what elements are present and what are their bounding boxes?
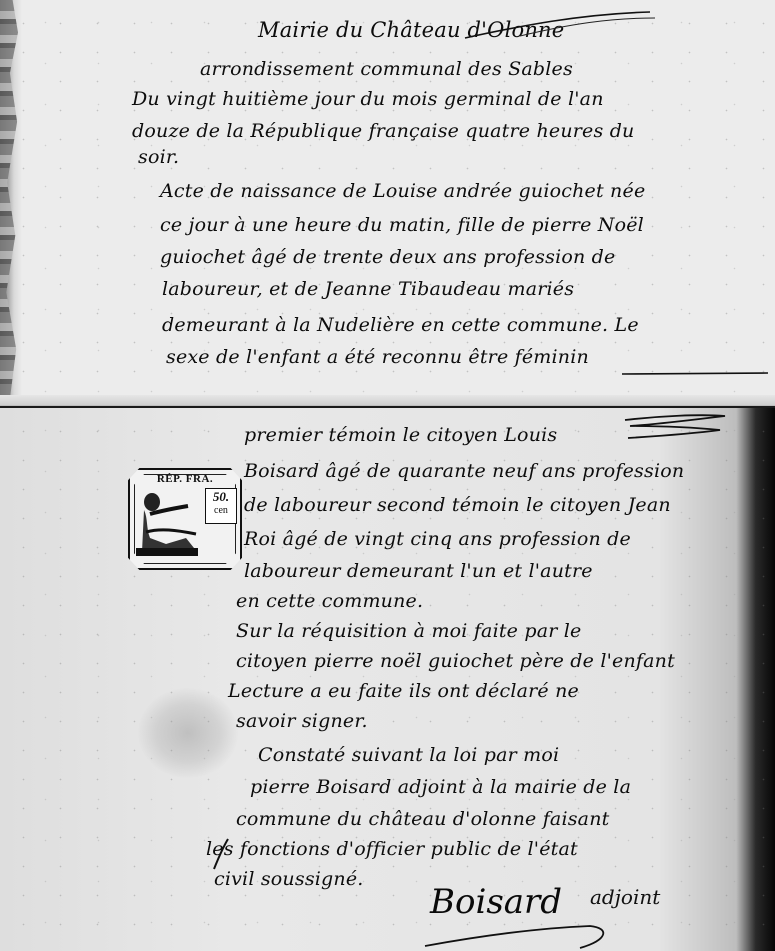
text-line-3: soir. <box>138 146 179 168</box>
text-line-14: laboureur demeurant l'un et l'autre <box>244 560 593 582</box>
pen-stroke <box>200 835 240 875</box>
text-line-12: de laboureur second témoin le citoyen Je… <box>244 494 671 516</box>
text-line-8: demeurant à la Nudelière en cette commun… <box>162 314 639 336</box>
line-end-stroke <box>620 368 770 380</box>
register-page-bottom: premier témoin le citoyen Louis Boisard … <box>0 408 775 951</box>
text-line-1: Du vingt huitième jour du mois germinal … <box>132 88 604 110</box>
text-line-9: sexe de l'enfant a été reconnu être fémi… <box>166 346 589 368</box>
text-line-22: commune du château d'olonne faisant <box>236 808 609 830</box>
text-line-13: Roi âgé de vingt cinq ans profession de <box>244 528 631 550</box>
stamp-value-box: 50. cen <box>205 488 237 524</box>
faded-seal <box>138 688 238 778</box>
revenue-stamp: RÉP. FRA. 50. cen <box>128 468 242 570</box>
text-line-5: ce jour à une heure du matin, fille de p… <box>160 214 644 236</box>
stamp-title: RÉP. FRA. <box>130 473 240 485</box>
register-page-top: Mairie du Château d'Olonne arrondissemen… <box>0 0 775 406</box>
text-line-2: douze de la République française quatre … <box>132 120 635 142</box>
text-line-18: Lecture a eu faite ils ont déclaré ne <box>228 680 579 702</box>
text-line-10: premier témoin le citoyen Louis <box>244 424 557 446</box>
text-line-6: guiochet âgé de trente deux ans professi… <box>160 246 615 268</box>
signature-title: adjoint <box>590 885 660 909</box>
stamp-value: 50. <box>206 489 236 505</box>
witness-flourish <box>620 412 730 442</box>
text-line-17: citoyen pierre noël guiochet père de l'e… <box>236 650 675 672</box>
subheading-arrondissement: arrondissement communal des Sables <box>200 58 573 80</box>
text-line-11: Boisard âgé de quarante neuf ans profess… <box>244 460 684 482</box>
text-line-20: Constaté suivant la loi par moi <box>258 744 559 766</box>
text-line-15: en cette commune. <box>236 590 423 612</box>
text-line-4: Acte de naissance de Louise andrée guioc… <box>160 180 645 202</box>
allegorical-figure-icon <box>136 488 198 556</box>
signature-flourish <box>420 912 620 951</box>
heading-flourish <box>460 6 660 46</box>
stamp-unit: cen <box>206 505 236 517</box>
text-line-23: les fonctions d'officier public de l'éta… <box>206 838 578 860</box>
text-line-19: savoir signer. <box>236 710 368 732</box>
text-line-7: laboureur, et de Jeanne Tibaudeau mariés <box>162 278 574 300</box>
text-line-21: pierre Boisard adjoint à la mairie de la <box>250 776 631 798</box>
text-line-16: Sur la réquisition à moi faite par le <box>236 620 582 642</box>
